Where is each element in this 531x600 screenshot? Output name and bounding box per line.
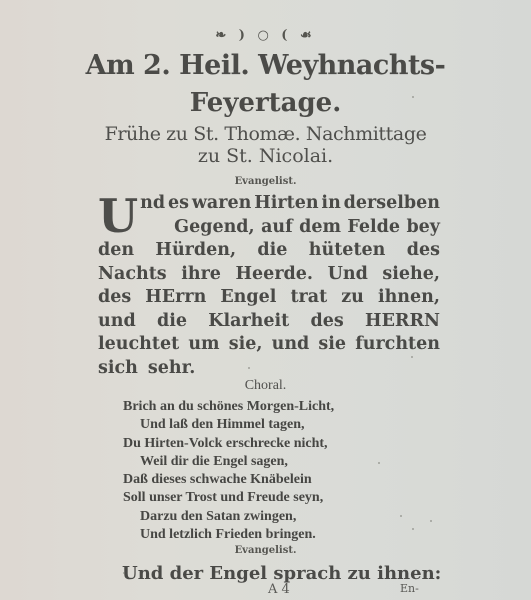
subheading-line-2: zu St. Nicolai.	[0, 145, 531, 167]
gospel-word: die	[257, 239, 287, 263]
gospel-word: und	[98, 310, 136, 334]
gospel-line: unddieKlarheitdesHERRN	[98, 310, 440, 334]
gospel-word: um	[188, 333, 219, 357]
paper-speck	[412, 96, 414, 98]
gospel-word: sehr.	[148, 357, 195, 381]
gospel-word: dem	[299, 216, 341, 240]
gospel-word: des	[407, 239, 440, 263]
evangelist-label-2: Evangelist.	[0, 545, 531, 556]
gospel-word: des	[311, 310, 344, 334]
gospel-line: sichsehr.	[98, 357, 440, 381]
book-page: ❧ ) ○ ( ☙ Am 2. Heil. Weyhnachts- Feyert…	[0, 0, 531, 600]
gospel-word: Nachts	[98, 263, 167, 287]
gospel-word: Engel	[220, 286, 276, 310]
gospel-word: Felde	[347, 216, 400, 240]
gospel-word: es	[168, 192, 189, 216]
evangelist-label: Evangelist.	[0, 176, 531, 187]
gospel-word: ihre	[181, 263, 221, 287]
subheading-line-1: Frühe zu St. Thomæ. Nachmittage	[0, 123, 531, 145]
gospel-word: die	[157, 310, 187, 334]
gospel-line: ndeswarenHirteninderselben	[140, 192, 440, 216]
heading-line-2: Feyertage.	[0, 88, 531, 118]
choral-verse: Daß dieses schwache Knäbelein	[123, 471, 423, 489]
gospel-word: derselben	[344, 192, 440, 216]
gospel-word: Und	[328, 263, 368, 287]
gospel-word: Heerde.	[236, 263, 314, 287]
gospel-word: waren	[192, 192, 251, 216]
catchword: En-	[400, 582, 419, 595]
paper-speck	[378, 462, 380, 464]
gospel-word: hüteten	[309, 239, 386, 263]
gospel-word: sie	[318, 333, 346, 357]
gospel-word: bey	[406, 216, 440, 240]
drop-cap: U	[98, 194, 138, 238]
paper-speck	[400, 515, 402, 517]
choral-verse: Soll unser Trost und Freude seyn,	[123, 489, 423, 507]
gospel-word: HERRN	[365, 310, 440, 334]
gospel-word: und	[272, 333, 310, 357]
gospel-word: Hürden,	[155, 239, 236, 263]
paper-speck	[430, 520, 432, 522]
gospel-word: auf	[261, 216, 293, 240]
gospel-word: furchten	[355, 333, 440, 357]
paper-speck	[248, 367, 250, 369]
gospel-word: Gegend,	[174, 216, 255, 240]
choral-verse: Und letzlich Frieden bringen.	[123, 526, 423, 544]
gospel-line: denHürden,diehütetendes	[98, 239, 440, 263]
gospel-line: NachtsihreHeerde.Undsiehe,	[98, 263, 440, 287]
gospel-line: Gegend,aufdemFeldebey	[140, 216, 440, 240]
choral-verse: Darzu den Satan zwingen,	[123, 508, 423, 526]
gospel-word: Klarheit	[208, 310, 289, 334]
gospel-word: in	[321, 192, 340, 216]
gospel-word: den	[98, 239, 134, 263]
choral-verse: Und laß den Himmel tagen,	[123, 416, 423, 434]
gospel-word: sie,	[229, 333, 263, 357]
gospel-line: leuchtetumsie,undsiefurchten	[98, 333, 440, 357]
gospel-word: trat	[290, 286, 327, 310]
signature-mark: A 4	[268, 582, 290, 597]
choral-verse: Brich an du schönes Morgen-Licht,	[123, 398, 423, 416]
gospel-word: zu	[341, 286, 364, 310]
choral-title: Choral.	[0, 378, 531, 394]
gospel-word: siehe,	[382, 263, 440, 287]
choral-verses: Brich an du schönes Morgen-Licht, Und la…	[123, 398, 423, 544]
paper-speck	[411, 356, 413, 358]
paper-speck	[412, 528, 414, 530]
gospel-word: HErrn	[145, 286, 206, 310]
closing-line: Und der Engel sprach zu ihnen:	[122, 563, 441, 584]
gospel-word: ihnen,	[378, 286, 440, 310]
gospel-word: sich	[98, 357, 138, 381]
gospel-line: desHErrnEngeltratzuihnen,	[98, 286, 440, 310]
gospel-word: des	[98, 286, 131, 310]
heading-line-1: Am 2. Heil. Weyhnachts-	[0, 50, 531, 81]
paper-speck	[123, 572, 125, 574]
gospel-word: leuchtet	[98, 333, 179, 357]
choral-verse: Du Hirten-Volck erschrecke nicht,	[123, 435, 423, 453]
gospel-word: nd	[140, 192, 165, 216]
gospel-text: U ndeswarenHirteninderselben Gegend,aufd…	[98, 192, 440, 380]
gospel-word: Hirten	[254, 192, 318, 216]
header-ornament: ❧ ) ○ ( ☙	[0, 28, 531, 43]
